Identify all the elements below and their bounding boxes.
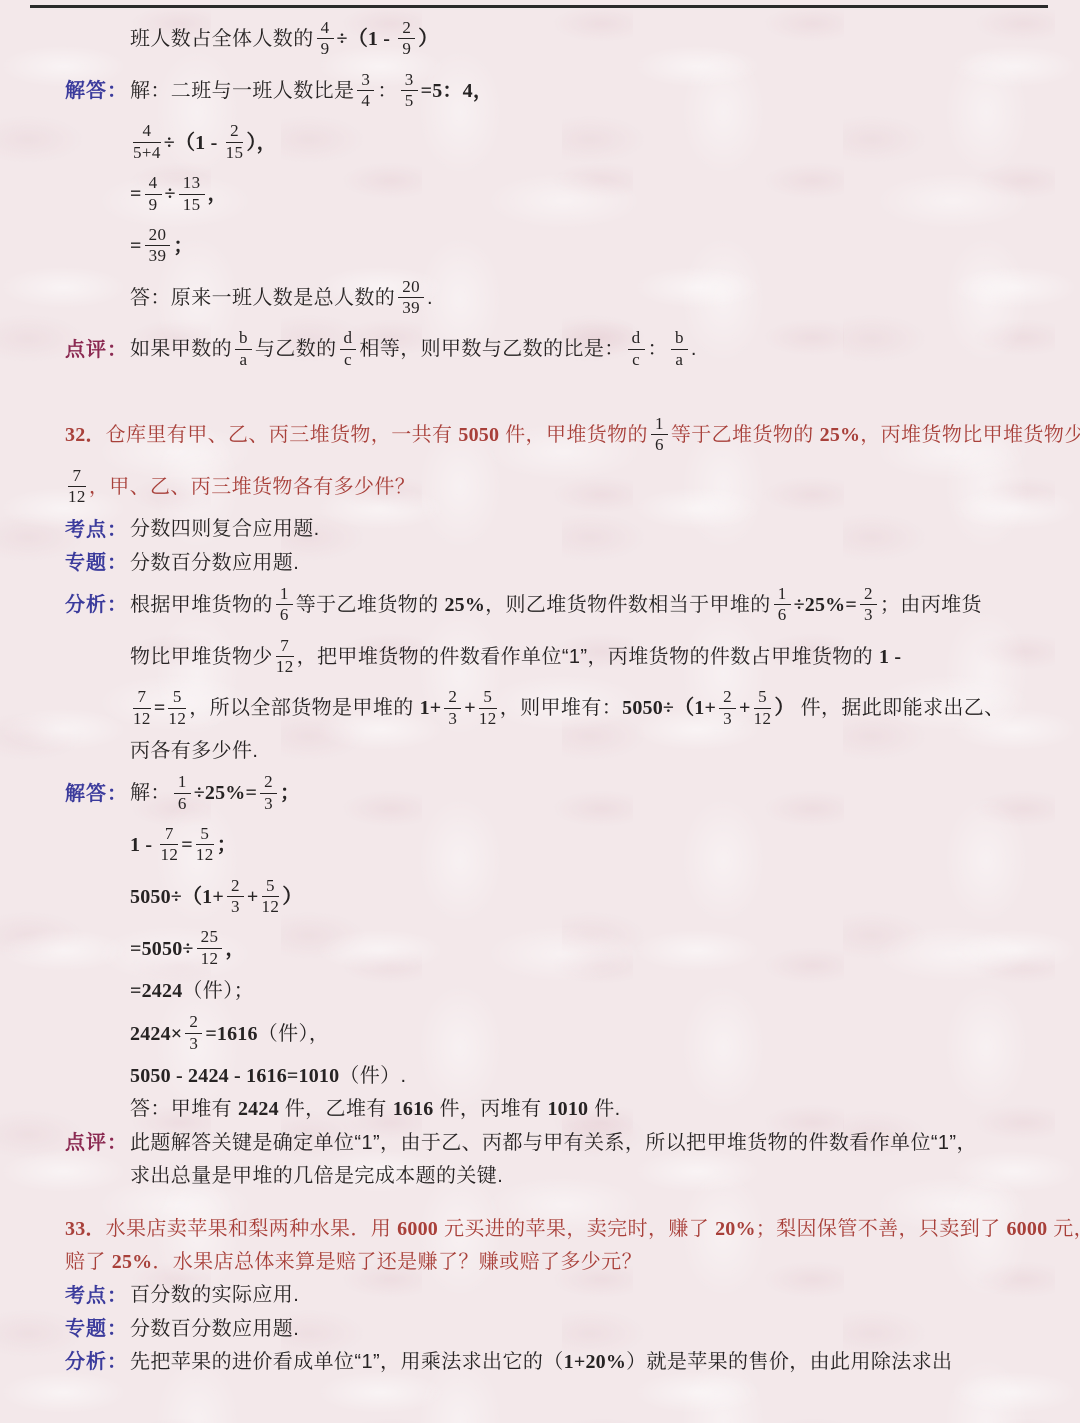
text-segment: ÷ (165, 184, 176, 206)
solution-step: 5050 - 2424 - 1616=1010（件）. (65, 1060, 1062, 1093)
text-segment: . (427, 287, 433, 309)
text-segment: 如果甲数的 (130, 339, 232, 361)
text-segment: 1 - (130, 834, 157, 856)
text-segment: ； (217, 834, 237, 856)
text-segment: ；梨因保管不善，只卖到了 (756, 1218, 1007, 1240)
text-segment: 6000 (397, 1218, 438, 1240)
text-segment: （件）； (182, 980, 254, 1002)
line-content: =5050÷2512， (130, 938, 246, 960)
text-segment: 求出总量是甲堆的几倍是完成本题的关键. (130, 1165, 503, 1187)
fraction: 45+4 (133, 122, 161, 162)
text-segment: 33． (65, 1218, 106, 1240)
line-content: 根据甲堆货物的16等于乙堆货物的 25%，则乙堆货物件数相当于甲堆的16÷25%… (130, 594, 982, 616)
text-segment: ，甲、乙、丙三堆货物各有多少件？ (89, 476, 415, 498)
text-segment: =5050÷ (130, 938, 194, 960)
text-segment: ： (648, 339, 668, 361)
text-segment: 1010 (547, 1099, 588, 1121)
fraction: 16 (774, 585, 791, 625)
fraction: 16 (276, 585, 293, 625)
text-segment: 1+ (420, 698, 442, 720)
text-segment: 分数百分数应用题. (130, 1318, 299, 1340)
text-segment: 32． (65, 424, 106, 446)
line-content: 答：甲堆有 2424 件，乙堆有 1616 件，丙堆有 1010 件. (130, 1098, 621, 1120)
field-label: 分析： (65, 1350, 130, 1375)
text-segment: 先把苹果的进价看成单位“1”，用乘法求出它的（ (130, 1351, 564, 1373)
problem-33-line-1: 33．水果店卖苹果和梨两种水果．用 6000 元买进的苹果，卖完时，赚了 20%… (65, 1213, 1062, 1246)
field-label: 专题： (65, 551, 130, 576)
text-segment: . (691, 339, 697, 361)
topic-row: 专题：分数百分数应用题. (65, 1313, 1062, 1346)
fraction: 1315 (179, 174, 205, 214)
prev-problem-tail: 班人数占全体人数的49÷（1 - 29） (65, 14, 1062, 66)
fraction: 2039 (145, 226, 171, 266)
problem-33-line-2: 赔了 25%．水果店总体来算是赔了还是赚了？赚或赔了多少元？ (65, 1246, 1062, 1279)
text-segment: 等于乙堆货物的 (296, 594, 445, 616)
line-content: 1 - 712=512； (130, 834, 237, 856)
text-segment: 百分数的实际应用. (130, 1285, 299, 1307)
text-segment: 2424 (238, 1099, 279, 1121)
text-segment: ÷（1 - (337, 28, 396, 50)
solution-step: =49÷1315， (65, 169, 1062, 221)
line-content: 5050÷（1+23+512） (130, 886, 303, 908)
solution-step: 2424×23=1616（件）， (65, 1008, 1062, 1060)
text-segment: 水果店卖苹果和梨两种水果．用 (106, 1218, 398, 1240)
text-segment: ．水果店总体来算是赔了还是赚了？赚或赔了多少元？ (152, 1251, 642, 1273)
text-segment: 5050 - 2424 - 1616=1010 (130, 1065, 339, 1087)
line-content: 答：原来一班人数是总人数的2039. (130, 287, 433, 309)
text-segment: ）就是苹果的售价，由此用除法求出 (626, 1351, 952, 1373)
line-content: 如果甲数的ba与乙数的dc相等，则甲数与乙数的比是：dc：ba. (130, 338, 697, 360)
fraction: ba (235, 329, 252, 369)
text-segment: 答：甲堆有 (130, 1099, 238, 1121)
text-segment: 物比甲堆货物少 (130, 646, 273, 668)
line-content: 解：16÷25%=23； (130, 782, 300, 804)
fraction: 34 (357, 71, 374, 111)
comment-line: 求出总量是甲堆的几倍是完成本题的关键. (65, 1160, 1062, 1193)
text-segment: 与乙数的 (255, 339, 337, 361)
solution-step: 5050÷（1+23+512） (65, 872, 1062, 924)
line-content: 物比甲堆货物少712，把甲堆货物的件数看作单位“1”，丙堆货物的件数占甲堆货物的… (130, 646, 901, 668)
fraction: 23 (185, 1013, 202, 1053)
text-segment: ） (418, 28, 438, 50)
text-segment: 班人数占全体人数的 (130, 28, 314, 50)
text-segment: ） (282, 886, 302, 908)
text-segment: ，把甲堆货物的件数看作单位“1”，丙堆货物的件数占甲堆货物的 (297, 646, 879, 668)
fraction: 215 (226, 122, 244, 162)
text-segment: ）， (246, 132, 276, 154)
analysis-row: 分析：先把苹果的进价看成单位“1”，用乘法求出它的（1+20%）就是苹果的售价，… (65, 1346, 1062, 1379)
line-content: =2424（件）； (130, 980, 254, 1002)
analysis-line: 丙各有多少件. (65, 735, 1062, 768)
text-segment: =1616 (205, 1023, 257, 1045)
text-segment: 丙各有多少件. (130, 740, 258, 762)
line-content: 32．仓库里有甲、乙、丙三堆货物，一共有 5050 件，甲堆货物的16等于乙堆货… (65, 424, 1080, 446)
line-content: 5050 - 2424 - 1616=1010（件）. (130, 1065, 407, 1087)
fraction: dc (628, 329, 645, 369)
fraction: 2039 (398, 278, 424, 318)
text-segment: =5：4， (421, 80, 493, 102)
solution-step: =2424（件）； (65, 975, 1062, 1008)
line-content: 求出总量是甲堆的几倍是完成本题的关键. (130, 1165, 503, 1187)
text-segment: 此题解答关键是确定单位“1”，由于乙、丙都与甲有关系，所以把甲堆货物的件数看作单… (130, 1132, 977, 1154)
line-content: =2039； (130, 235, 194, 257)
text-segment: 1 - (879, 646, 901, 668)
text-segment: = (130, 235, 142, 257)
line-content: 班人数占全体人数的49÷（1 - 29） (130, 28, 438, 50)
text-segment: 元买进的苹果，卖完时，赚了 (438, 1218, 715, 1240)
text-segment: ， (225, 938, 245, 960)
answer-line: 答：原来一班人数是总人数的2039. (65, 273, 1062, 325)
line-content: 分数四则复合应用题. (130, 518, 320, 540)
text-segment: 分数四则复合应用题. (130, 519, 320, 541)
text-segment: 件，甲堆货物的 (499, 424, 648, 446)
fraction: ba (671, 329, 688, 369)
fraction: 49 (145, 174, 162, 214)
text-segment: =2424 (130, 980, 182, 1002)
text-segment: ÷25%= (794, 594, 857, 616)
text-segment: 6000 (1006, 1218, 1047, 1240)
fraction: 23 (260, 773, 277, 813)
fraction: 49 (317, 19, 334, 59)
line-content: 丙各有多少件. (130, 740, 258, 762)
comment-row: 点评：此题解答关键是确定单位“1”，由于乙、丙都与甲有关系，所以把甲堆货物的件数… (65, 1127, 1062, 1160)
text-segment: 答：原来一班人数是总人数的 (130, 287, 395, 309)
text-segment: ： (377, 80, 397, 102)
text-segment: + (464, 698, 476, 720)
topic-row: 专题：分数百分数应用题. (65, 547, 1062, 580)
fraction: 512 (168, 688, 186, 728)
text-segment: = (181, 834, 193, 856)
line-content: 赔了 25%．水果店总体来算是赔了还是赚了？赚或赔了多少元？ (65, 1251, 642, 1273)
field-label: 专题： (65, 1317, 130, 1342)
text-segment: 解：二班与一班人数比是 (130, 80, 354, 102)
problem-32-line-2: 712，甲、乙、丙三堆货物各有多少件？ (65, 462, 1062, 514)
text-segment: ） (774, 698, 794, 720)
fraction: 712 (276, 637, 294, 677)
text-segment: 5050÷（1+ (622, 698, 716, 720)
field-label: 点评： (65, 338, 130, 363)
text-segment: ，丙堆货物比甲堆货物少 (860, 424, 1080, 446)
text-segment: 25% (112, 1251, 153, 1273)
fraction: 35 (401, 71, 418, 111)
text-segment: 5050÷（1+ (130, 886, 224, 908)
text-segment: = (154, 698, 166, 720)
text-segment: 25% (444, 594, 485, 616)
fraction: 512 (262, 877, 280, 917)
field-label: 考点： (65, 518, 130, 543)
analysis-row: 分析：根据甲堆货物的16等于乙堆货物的 25%，则乙堆货物件数相当于甲堆的16÷… (65, 580, 1062, 632)
fraction: 23 (860, 585, 877, 625)
fraction: 16 (174, 773, 191, 813)
text-segment: 件. (588, 1099, 620, 1121)
text-segment: 相等，则甲数与乙数的比是： (359, 339, 624, 361)
fraction: 16 (651, 415, 668, 455)
analysis-line: 物比甲堆货物少712，把甲堆货物的件数看作单位“1”，丙堆货物的件数占甲堆货物的… (65, 632, 1062, 684)
solution-step: =2039； (65, 221, 1062, 273)
text-segment: 解： (130, 783, 171, 805)
line-content: 45+4÷（1 - 215）， (130, 132, 277, 154)
line-content: 分数百分数应用题. (130, 1318, 299, 1340)
text-segment: ÷（1 - (164, 132, 223, 154)
comment-row: 点评：如果甲数的ba与乙数的dc相等，则甲数与乙数的比是：dc：ba. (65, 324, 1062, 376)
document-body: 班人数占全体人数的49÷（1 - 29）解答：解：二班与一班人数比是34：35=… (0, 0, 1080, 1379)
text-segment: 件，丙堆有 (434, 1099, 548, 1121)
text-segment: 件，据此即能求出乙、 (795, 698, 1005, 720)
text-segment: ，则乙堆货物件数相当于甲堆的 (485, 594, 771, 616)
field-label: 分析： (65, 593, 130, 618)
line-content: 分数百分数应用题. (130, 552, 299, 574)
text-segment: ； (280, 783, 300, 805)
field-label: 解答： (65, 79, 130, 104)
text-segment: ， (208, 184, 228, 206)
fraction: 29 (398, 19, 415, 59)
text-segment: ，所以全部货物是甲堆的 (189, 698, 419, 720)
solution-row: 解答：解：16÷25%=23； (65, 768, 1062, 820)
text-segment: 分数百分数应用题. (130, 552, 299, 574)
fraction: 512 (479, 688, 497, 728)
page: 班人数占全体人数的49÷（1 - 29）解答：解：二班与一班人数比是34：35=… (0, 0, 1080, 1379)
line-content: 此题解答关键是确定单位“1”，由于乙、丙都与甲有关系，所以把甲堆货物的件数看作单… (130, 1132, 977, 1154)
fraction: 23 (444, 688, 461, 728)
text-segment: 赔了 (65, 1251, 112, 1273)
line-content: 2424×23=1616（件）， (130, 1023, 329, 1045)
text-segment: 仓库里有甲、乙、丙三堆货物，一共有 (106, 424, 459, 446)
solution-row: 解答：解：二班与一班人数比是34：35=5：4， (65, 66, 1062, 118)
text-segment: ，则甲堆有： (500, 698, 622, 720)
text-segment: ÷25%= (194, 783, 257, 805)
fraction: dc (340, 329, 357, 369)
text-segment: 等于乙堆货物的 (671, 424, 820, 446)
text-segment: 元， (1047, 1218, 1080, 1240)
text-segment: + (247, 886, 259, 908)
line-content: 百分数的实际应用. (130, 1284, 299, 1306)
field-label: 解答： (65, 782, 130, 807)
line-content: 先把苹果的进价看成单位“1”，用乘法求出它的（1+20%）就是苹果的售价，由此用… (130, 1351, 952, 1373)
text-segment: （件）， (258, 1023, 330, 1045)
fraction: 712 (133, 688, 151, 728)
text-segment: 2424× (130, 1023, 182, 1045)
text-segment: 5050 (458, 424, 499, 446)
concept-row: 考点：分数四则复合应用题. (65, 513, 1062, 546)
solution-step: 1 - 712=512； (65, 820, 1062, 872)
text-segment: 25% (820, 424, 861, 446)
answer-line: 答：甲堆有 2424 件，乙堆有 1616 件，丙堆有 1010 件. (65, 1093, 1062, 1126)
analysis-line: 712=512，所以全部货物是甲堆的 1+23+512，则甲堆有：5050÷（1… (65, 683, 1062, 735)
solution-step: =5050÷2512， (65, 923, 1062, 975)
concept-row: 考点：百分数的实际应用. (65, 1279, 1062, 1312)
field-label: 考点： (65, 1284, 130, 1309)
fraction: 23 (227, 877, 244, 917)
text-segment: 1616 (393, 1099, 434, 1121)
text-segment: = (130, 184, 142, 206)
text-segment: 件，乙堆有 (279, 1099, 393, 1121)
fraction: 512 (754, 688, 772, 728)
top-divider (30, 5, 1048, 8)
fraction: 23 (719, 688, 736, 728)
text-segment: 20% (715, 1218, 756, 1240)
line-content: =49÷1315， (130, 183, 228, 205)
line-content: 712，甲、乙、丙三堆货物各有多少件？ (65, 476, 415, 498)
problem-32-line-1: 32．仓库里有甲、乙、丙三堆货物，一共有 5050 件，甲堆货物的16等于乙堆货… (65, 410, 1062, 462)
line-content: 33．水果店卖苹果和梨两种水果．用 6000 元买进的苹果，卖完时，赚了 20%… (65, 1218, 1080, 1240)
text-segment: ；由丙堆货 (880, 594, 982, 616)
text-segment: （件）. (339, 1065, 406, 1087)
line-content: 解：二班与一班人数比是34：35=5：4， (130, 80, 493, 102)
text-segment: 根据甲堆货物的 (130, 594, 273, 616)
field-label: 点评： (65, 1131, 130, 1156)
text-segment: + (739, 698, 751, 720)
text-segment: ； (173, 235, 193, 257)
text-segment: 1+20% (564, 1351, 626, 1373)
fraction: 512 (196, 825, 214, 865)
solution-step: 45+4÷（1 - 215）， (65, 117, 1062, 169)
fraction: 2512 (197, 928, 223, 968)
fraction: 712 (160, 825, 178, 865)
fraction: 712 (68, 467, 86, 507)
line-content: 712=512，所以全部货物是甲堆的 1+23+512，则甲堆有：5050÷（1… (130, 697, 1005, 719)
